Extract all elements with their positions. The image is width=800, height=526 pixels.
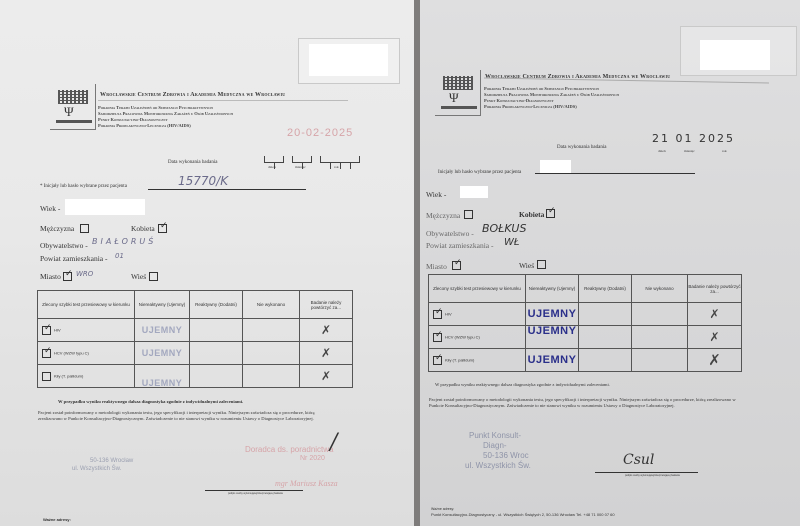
female-label: Kobieta (519, 210, 544, 219)
age-label: Wiek - (426, 190, 446, 199)
table-row: HIV UJEMNY ✗ (429, 303, 742, 326)
test-checkbox[interactable] (42, 349, 51, 358)
nonreactive-cell: UJEMNY (526, 303, 579, 326)
date-sublabel-day: dzień (268, 165, 276, 169)
male-checkbox[interactable] (464, 210, 473, 219)
reactive-cell (190, 319, 243, 342)
test-name: Kiły (T. pallidum) (54, 373, 83, 378)
institution-subline: Punkt Konsultacyjno-Diagnostyczny (98, 117, 168, 122)
age-label: Wiek - (40, 204, 60, 213)
signature-line (205, 490, 303, 491)
test-checkbox[interactable] (42, 372, 51, 381)
table-row: HIV UJEMNY ✗ (38, 319, 353, 342)
repeat-cell: ✗ (688, 349, 742, 372)
test-name: HCV (WZW typu C) (445, 334, 480, 339)
header-not-done: Nie wykonano (243, 291, 300, 319)
city-value[interactable]: WRO (76, 270, 93, 278)
footer-label: Ważne adresy: (431, 507, 454, 511)
date-label: Data wykonania badania (168, 160, 217, 165)
cross-mark-icon: ✗ (321, 323, 331, 337)
institution-subline: Poradnia Terapii Uzależnień od Substancj… (98, 105, 213, 110)
institution-subline: Punkt Konsultacyjno-Diagnostyczny (484, 98, 554, 103)
header-test: Zlecony szybki test przesiewowy w kierun… (429, 275, 526, 303)
citizenship-value[interactable]: BIAŁORUŚ (92, 237, 156, 246)
reactive-note: W przypadku wyniku reaktywnego dalsza di… (435, 382, 725, 388)
test-cell: HCV (WZW typu C) (38, 342, 135, 365)
logo-bar (56, 120, 92, 123)
result-stamp: UJEMNY (142, 348, 183, 358)
institution-subline: Poradnia Profilaktyczno-Lecznicza (HIV/A… (98, 123, 191, 128)
not-done-cell (243, 365, 300, 388)
header-nonreactive: Niereaktywny (Ujemny) (526, 275, 579, 303)
date-sublabel-day: dzień (658, 149, 666, 153)
address-stamp: ul. Wszystkich Św. (465, 461, 531, 470)
cross-mark-icon: ✗ (709, 307, 719, 321)
counselor-stamp: Doradca ds. poradnictwa (245, 445, 334, 454)
citizenship-label: Obywatelstwo - (426, 229, 474, 238)
logo-grid-icon (443, 76, 473, 90)
institution-title: Wrocławskie Centrum Zdrowia i Akademia M… (100, 92, 285, 98)
reactive-cell (579, 303, 632, 326)
female-label: Kobieta (131, 224, 155, 233)
header-repeat: Badanie należy powtórzyć za... (688, 275, 742, 303)
initials-value[interactable]: 15770/K (178, 174, 228, 188)
address-stamp: Diagn- (483, 441, 507, 450)
test-checkbox[interactable] (433, 333, 442, 342)
female-checkbox[interactable] (158, 224, 167, 233)
left-form-sheet: Ψ Wrocławskie Centrum Zdrowia i Akademia… (0, 0, 414, 526)
county-label: Powiat zamieszkania - (40, 254, 107, 263)
reactive-cell (190, 342, 243, 365)
male-checkbox[interactable] (80, 224, 89, 233)
initials-label: Inicjały lub hasło wybrane przez pacjent… (438, 170, 521, 175)
test-cell: HIV (38, 319, 135, 342)
date-sublabel-month: miesiąc (684, 149, 695, 153)
logo-psi-icon: Ψ (449, 90, 459, 106)
date-sublabel-month: miesiąc (295, 165, 306, 169)
date-month-box (292, 156, 312, 163)
cross-mark-icon: ✗ (708, 351, 721, 369)
not-done-cell (243, 342, 300, 365)
nonreactive-cell: UJEMNY (526, 326, 579, 349)
divider (98, 100, 348, 101)
results-table: Zlecony szybki test przesiewowy w kierun… (428, 274, 742, 372)
female-checkbox[interactable] (546, 209, 555, 218)
header-nonreactive: Niereaktywny (Ujemny) (135, 291, 190, 319)
test-checkbox[interactable] (433, 310, 442, 319)
nonreactive-cell: UJEMNY (135, 342, 190, 365)
age-redacted (460, 186, 488, 198)
header-reactive: Reaktywny (Dodatni) (579, 275, 632, 303)
redacted-label (700, 40, 770, 70)
table-header-row: Zlecony szybki test przesiewowy w kierun… (429, 275, 742, 303)
age-redacted (65, 199, 145, 215)
header-reactive: Reaktywny (Dodatni) (190, 291, 243, 319)
logo-grid-icon (58, 90, 88, 104)
initials-label: * Inicjały lub hasło wybrane przez pacje… (40, 184, 127, 189)
test-cell: HCV (WZW typu C) (429, 326, 526, 349)
results-table: Zlecony szybki test przesiewowy w kierun… (37, 290, 353, 388)
address-stamp: 50-136 Wroc (483, 451, 529, 460)
institution-subline: Samodzielna Pracownia Monitorowania Zaka… (98, 111, 233, 116)
county-value[interactable]: WŁ (504, 237, 520, 248)
not-done-cell (632, 303, 688, 326)
village-checkbox[interactable] (537, 260, 546, 269)
table-header-row: Zlecony szybki test przesiewowy w kierun… (38, 291, 353, 319)
village-label: Wieś (519, 261, 534, 270)
citizenship-label: Obywatelstwo - (40, 241, 88, 250)
consent-text: Pacjent został poinformowany o metodolog… (429, 397, 739, 409)
right-form-sheet: Ψ Wrocławskie Centrum Zdrowia i Akademia… (420, 0, 800, 526)
male-label: Mężczyzna (426, 211, 460, 220)
repeat-cell: ✗ (688, 303, 742, 326)
test-name: HIV (54, 327, 61, 332)
cross-mark-icon: ✗ (321, 369, 331, 383)
nonreactive-cell: UJEMNY (135, 365, 190, 388)
signature-caption: podpis osoby wykonującej/interpretującej… (625, 474, 680, 477)
logo-bar (441, 106, 477, 109)
address-stamp: Punkt Konsult- (469, 431, 521, 440)
county-label: Powiat zamieszkania - (426, 241, 493, 250)
table-row: Kiły (T. pallidum) UJEMNY ✗ (429, 349, 742, 372)
result-stamp: UJEMNY (528, 325, 577, 337)
institution-subline: Poradnia Profilaktyczno-Lecznicza (HIV/A… (484, 104, 577, 109)
date-stamp: 20-02-2025 (287, 127, 353, 139)
institution-logo: Ψ (435, 70, 481, 116)
date-day-box (264, 156, 284, 163)
male-label: Mężczyzna (40, 224, 74, 233)
city-label: Miasto (426, 262, 447, 271)
not-done-cell (632, 326, 688, 349)
date-label: Data wykonania badania (557, 145, 606, 150)
date-sublabel-year: rok (334, 165, 339, 169)
city-label: Miasto (40, 272, 61, 281)
signature-caption: podpis osoby wykonującej/interpretującej… (228, 492, 283, 495)
repeat-cell: ✗ (300, 319, 353, 342)
city-checkbox[interactable] (452, 261, 461, 270)
village-checkbox[interactable] (149, 272, 158, 281)
repeat-cell: ✗ (300, 365, 353, 388)
institution-subline: Poradnia Terapii Uzależnień od Substancj… (484, 86, 599, 91)
institution-subline: Samodzielna Pracownia Monitorowania Zaka… (484, 92, 619, 97)
header-repeat: Badanie należy powtórzyć za... (300, 291, 353, 319)
initials-line (148, 189, 306, 190)
date-year-box (320, 156, 360, 163)
repeat-cell: ✗ (300, 342, 353, 365)
signature-line (595, 472, 698, 473)
counselor-name: mgr Mariusz Kasza (275, 479, 338, 488)
test-checkbox[interactable] (433, 356, 442, 365)
table-row: HCV (WZW typu C) UJEMNY ✗ (38, 342, 353, 365)
logo-psi-icon: Ψ (64, 104, 74, 120)
reactive-cell (579, 349, 632, 372)
not-done-cell (632, 349, 688, 372)
result-stamp: UJEMNY (528, 308, 577, 320)
consent-text: Pacjent został poinformowany o metodolog… (38, 410, 330, 422)
nonreactive-cell: UJEMNY (135, 319, 190, 342)
county-value[interactable]: 01 (115, 252, 124, 260)
initials-redacted (540, 160, 571, 173)
initials-line (535, 173, 695, 174)
cross-mark-icon: ✗ (321, 346, 331, 360)
test-cell: Kiły (T. pallidum) (429, 349, 526, 372)
stamp-area (298, 38, 400, 84)
cross-mark-icon: ✗ (709, 330, 719, 344)
nonreactive-cell: UJEMNY (526, 349, 579, 372)
repeat-cell: ✗ (688, 326, 742, 349)
citizenship-value[interactable]: BOŁKUS (482, 222, 526, 235)
test-name: Kiły (T. pallidum) (445, 357, 474, 362)
footer-address: Punkt Konsultacyjno-Diagnostyczny - ul. … (431, 512, 615, 517)
not-done-cell (243, 319, 300, 342)
test-name: HIV (445, 311, 452, 316)
institution-logo: Ψ (50, 84, 96, 130)
test-cell: HIV (429, 303, 526, 326)
signature-mark: / (330, 430, 337, 455)
address-stamp: 50-136 Wrocław (90, 458, 133, 464)
footer-label: Ważne adresy: (43, 517, 71, 522)
date-value[interactable]: 21 01 2025 (652, 132, 735, 145)
header-not-done: Nie wykonano (632, 275, 688, 303)
counselor-stamp-number: Nr 2020 (300, 455, 325, 462)
reactive-note: W przypadku wyniku reaktywnego dalsza di… (58, 399, 348, 405)
signature: Csul (623, 452, 654, 468)
village-label: Wieś (131, 272, 146, 281)
result-stamp: UJEMNY (142, 325, 183, 335)
test-name: HCV (WZW typu C) (54, 350, 89, 355)
reactive-cell (190, 365, 243, 388)
table-row: Kiły (T. pallidum) UJEMNY ✗ (38, 365, 353, 388)
reactive-cell (579, 326, 632, 349)
date-sublabel-year: rok (722, 149, 727, 153)
city-checkbox[interactable] (63, 272, 72, 281)
result-stamp: UJEMNY (528, 354, 577, 366)
header-test: Zlecony szybki test przesiewowy w kierun… (38, 291, 135, 319)
address-stamp: ul. Wszystkich Św. (72, 466, 121, 472)
test-checkbox[interactable] (42, 326, 51, 335)
result-stamp: UJEMNY (142, 378, 183, 388)
table-row: HCV (WZW typu C) UJEMNY ✗ (429, 326, 742, 349)
test-cell: Kiły (T. pallidum) (38, 365, 135, 388)
